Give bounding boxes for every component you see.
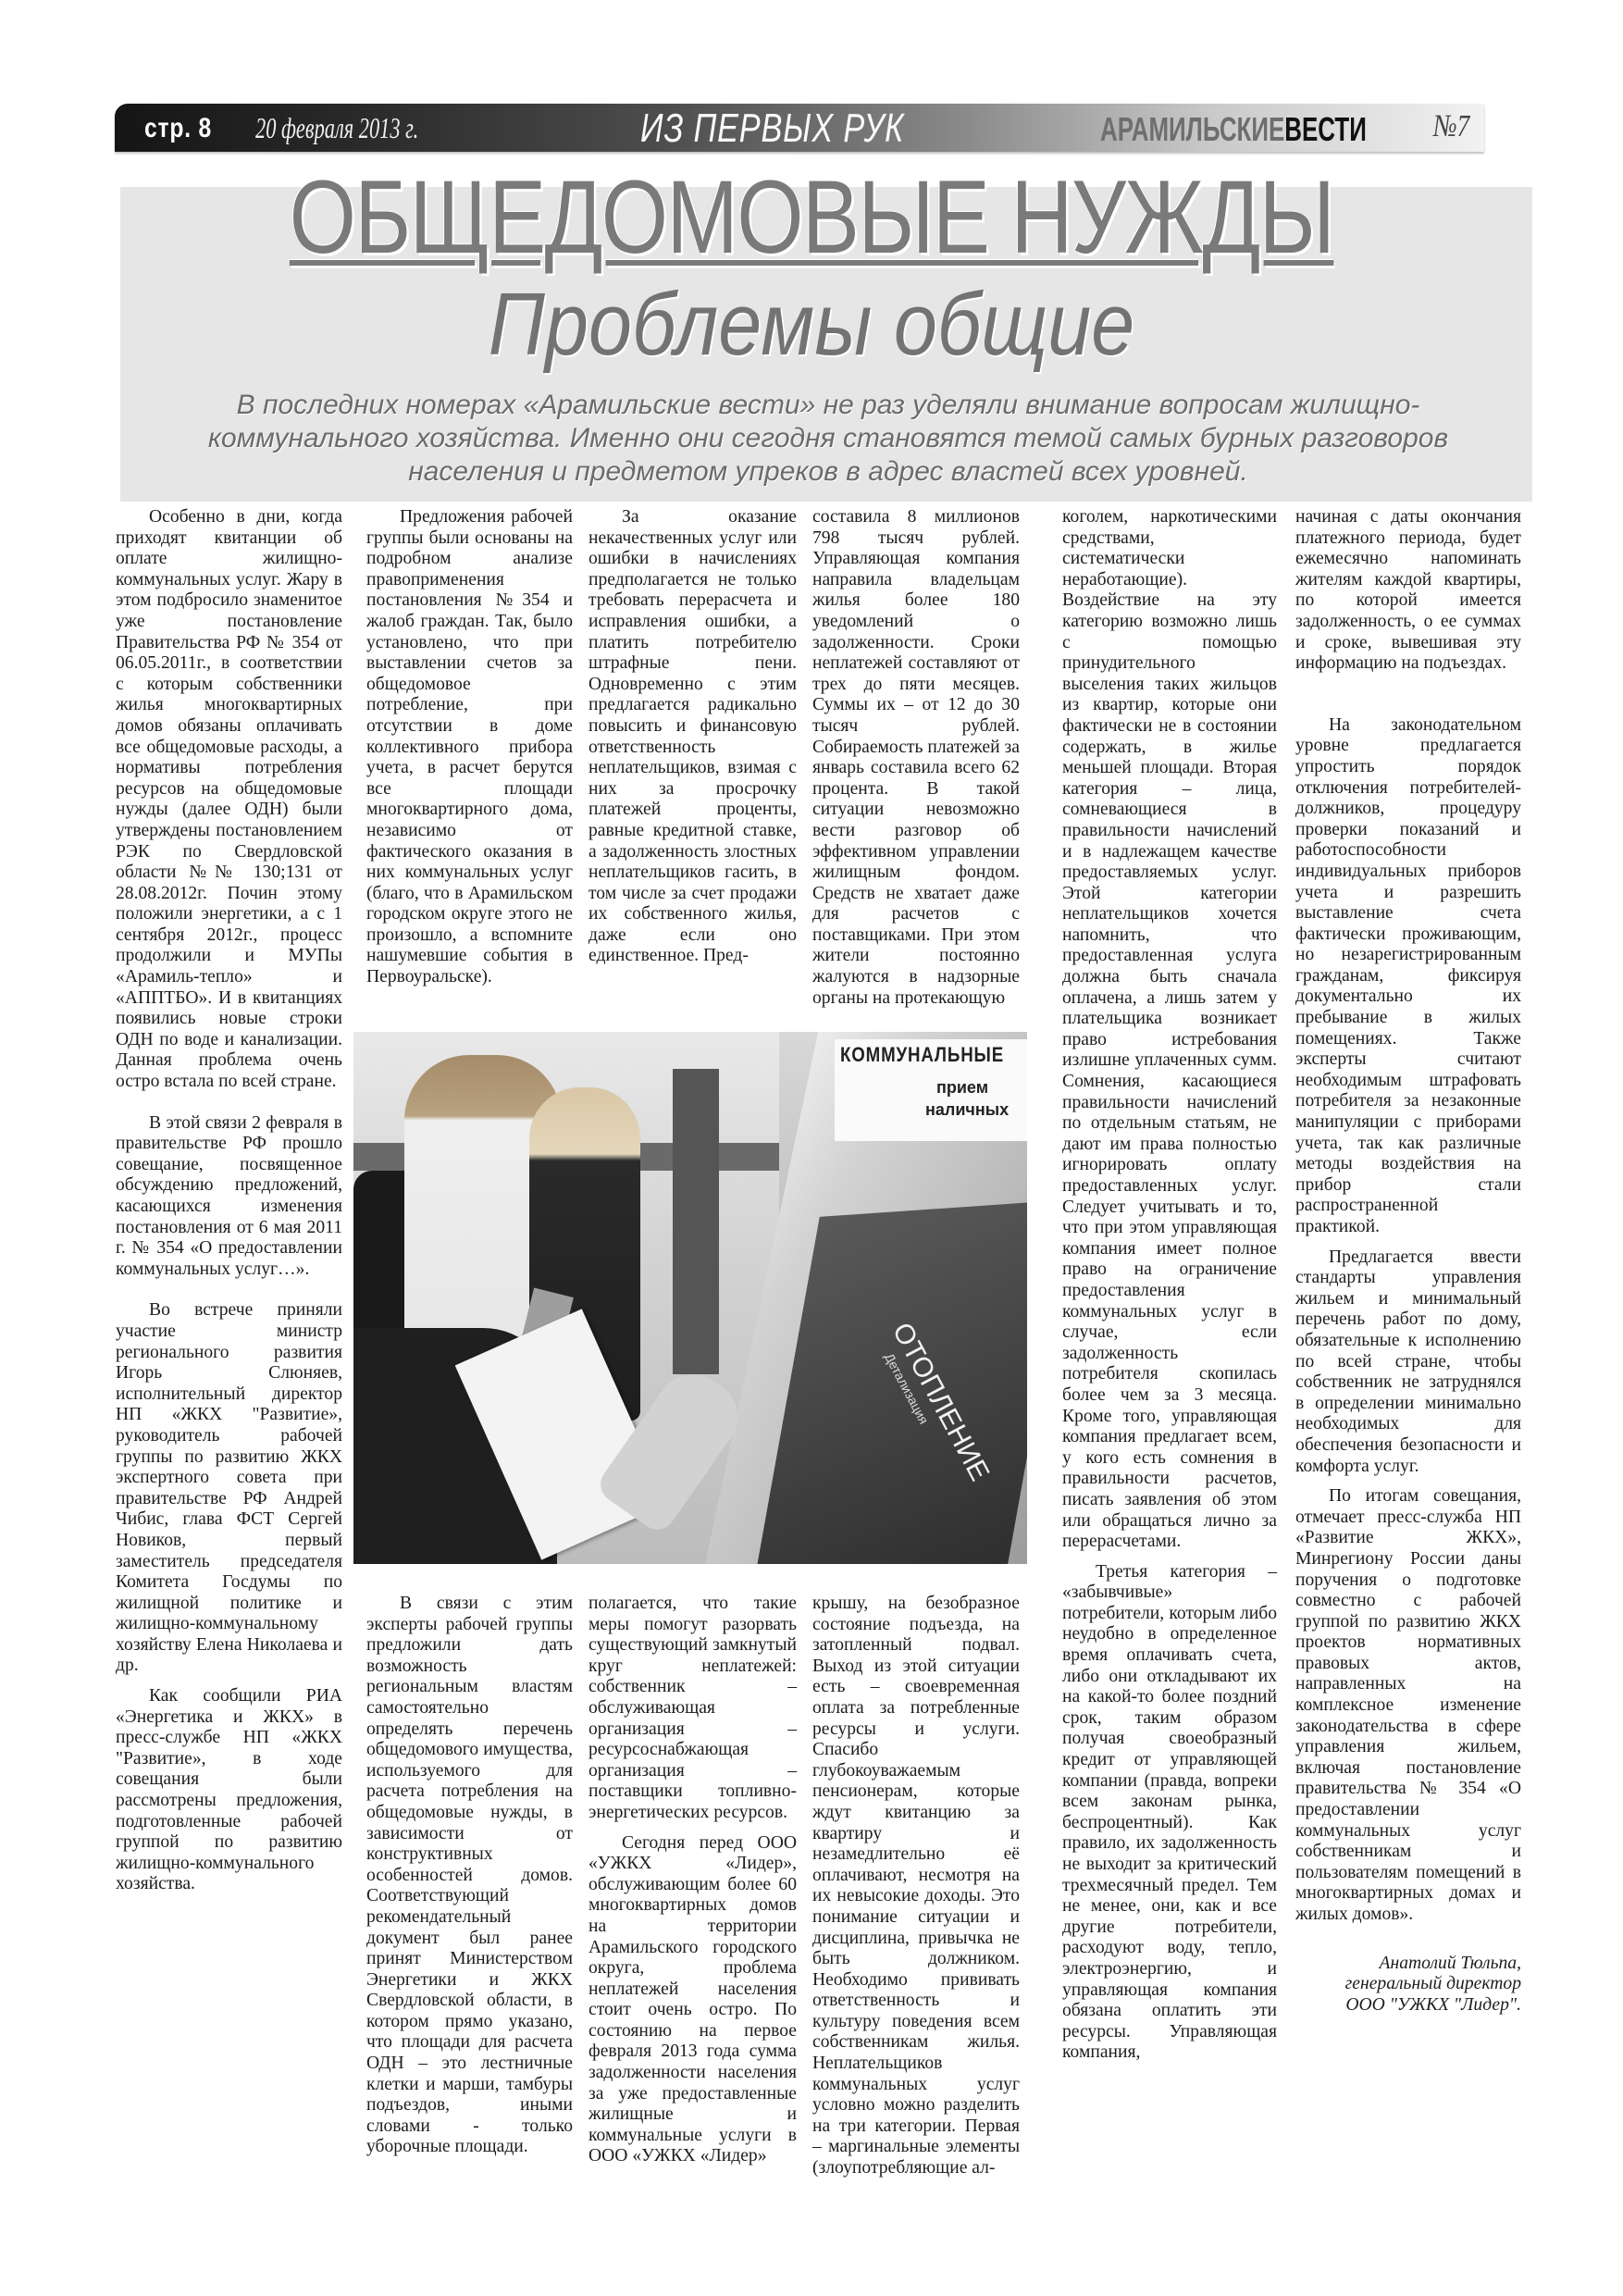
paragraph: Во встрече приняли участие министр регио… bbox=[116, 1300, 342, 1677]
article-column-5: коголем, наркотическими средствами, сист… bbox=[1062, 507, 1277, 2084]
paragraph: Как сообщили РИА «Энергетика и ЖКХ» в пр… bbox=[116, 1686, 342, 1895]
paragraph: На законодательном уровне предлагается у… bbox=[1295, 715, 1521, 1238]
photo-kiosk-sign: КОММУНАЛЬНЫЕ прием наличных bbox=[835, 1039, 1027, 1141]
article-column-4-bottom: крышу, на безобразное состояние подъезда… bbox=[812, 1594, 1020, 2200]
article-column-2-top: Предложения рабочей группы были основаны… bbox=[366, 507, 573, 1009]
paragraph: Предлагается ввести стандарты управления… bbox=[1295, 1247, 1521, 1478]
article-column-2-bottom: В связи с этим эксперты рабочей группы п… bbox=[366, 1594, 573, 2178]
article-column-3-top: За оказание некачественных услуг или оши… bbox=[588, 507, 797, 987]
newspaper-name: АРАМИЛЬСКИЕВЕСТИ bbox=[1100, 110, 1367, 149]
article-kicker: ОБЩЕДОМОВЫЕ НУЖДЫ bbox=[138, 157, 1485, 277]
author-name: Анатолий Тюльпа, bbox=[1380, 1954, 1521, 1973]
article-photo: КОММУНАЛЬНЫЕ прием наличных Детализация … bbox=[353, 1032, 1027, 1564]
paragraph: Сегодня перед ООО «УЖКХ «Лидер», обслужи… bbox=[588, 1833, 797, 2168]
article-lede: В последних номерах «Арамильские вести» … bbox=[167, 389, 1490, 489]
paragraph: Предложения рабочей группы были основаны… bbox=[366, 507, 573, 988]
author-organization: ООО "УЖКХ "Лидер". bbox=[1345, 1995, 1521, 2015]
author-signature: Анатолий Тюльпа, генеральный директор ОО… bbox=[1295, 1954, 1521, 2017]
article-column-4-top: составила 8 миллионов 798 тысяч рублей. … bbox=[812, 507, 1020, 1029]
newspaper-name-part1: АРАМИЛЬСКИЕ bbox=[1100, 110, 1284, 148]
issue-number: №7 bbox=[1433, 109, 1469, 144]
paragraph: коголем, наркотическими средствами, сист… bbox=[1062, 507, 1277, 1553]
page-number: стр. 8 bbox=[144, 113, 212, 144]
photo-background-kiosk bbox=[673, 1069, 719, 1374]
paragraph: В связи с этим эксперты рабочей группы п… bbox=[366, 1594, 573, 2158]
paragraph: начиная с даты окончания платежного пери… bbox=[1295, 507, 1521, 675]
paragraph: Особенно в дни, когда приходят квитанции… bbox=[116, 507, 342, 1093]
newspaper-name-part2: ВЕСТИ bbox=[1284, 110, 1367, 148]
paragraph: полагается, что такие меры помогут разор… bbox=[588, 1594, 797, 1824]
author-position: генеральный директор bbox=[1345, 1974, 1521, 1993]
page-header-bar: стр. 8 20 февраля 2013 г. ИЗ ПЕРВЫХ РУК … bbox=[115, 104, 1484, 152]
section-title: ИЗ ПЕРВЫХ РУК bbox=[640, 105, 904, 152]
paragraph: По итогам совещания, отмечает пресс-служ… bbox=[1295, 1486, 1521, 1925]
paragraph: крышу, на безобразное состояние подъезда… bbox=[812, 1594, 1020, 2179]
paragraph: Третья категория – «забывчивые» потребит… bbox=[1062, 1562, 1277, 2064]
article-column-3-bottom: полагается, что такие меры помогут разор… bbox=[588, 1594, 797, 2188]
paragraph: За оказание некачественных услуг или оши… bbox=[588, 507, 797, 967]
paragraph: В этой связи 2 февраля в правительстве Р… bbox=[116, 1113, 342, 1281]
issue-date: 20 февраля 2013 г. bbox=[255, 111, 418, 145]
article-column-1: Особенно в дни, когда приходят квитанции… bbox=[116, 507, 342, 1916]
paragraph: составила 8 миллионов 798 тысяч рублей. … bbox=[812, 507, 1020, 1009]
article-column-6: начиная с даты окончания платежного пери… bbox=[1295, 507, 1521, 2036]
article-headline: Проблемы общие bbox=[97, 274, 1526, 376]
